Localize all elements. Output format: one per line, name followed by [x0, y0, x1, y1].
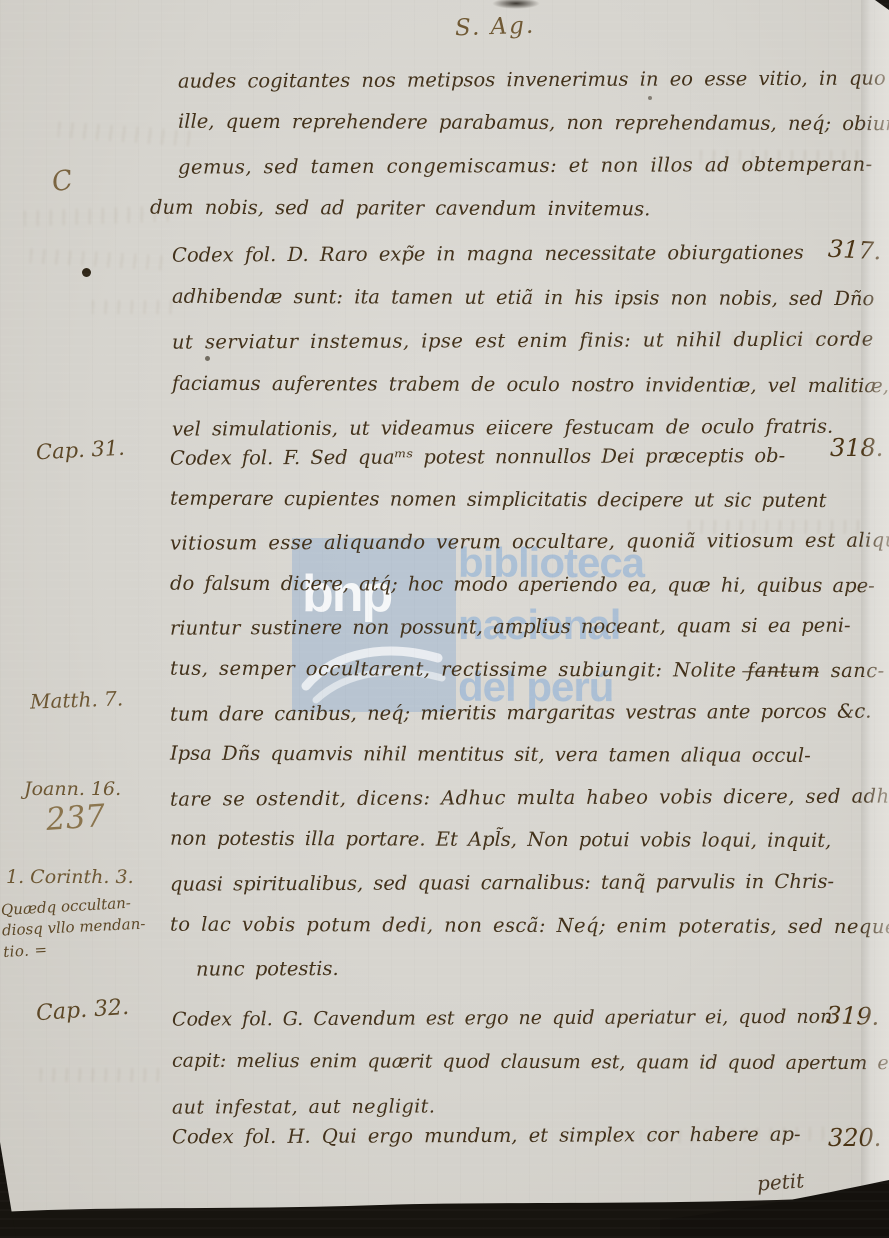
- paragraph-3-codex-fol-f: Codex fol. F. Sed quaᵐˢ potest nonnullos…: [170, 436, 889, 990]
- manuscript-line: Codex fol. D. Raro exp̃e in magna necess…: [172, 230, 889, 277]
- margin-c-mark: C: [49, 164, 75, 198]
- margin-note-matth-7: Matth. 7.: [30, 686, 124, 713]
- manuscript-line: Codex fol. H. Qui ergo mundum, et simple…: [172, 1123, 801, 1149]
- scan-bottom-shadow: [0, 1176, 889, 1238]
- bleedthrough-ghost: [92, 300, 176, 314]
- page-header: S. Ag.: [455, 13, 536, 42]
- scan-top-right-corner: [875, 0, 889, 10]
- manuscript-line: tum dare canibus, neq́; mieritis margari…: [170, 690, 889, 736]
- ink-blot: [648, 96, 652, 100]
- margin-note-cap-31: Cap. 31.: [35, 436, 125, 465]
- top-edge-smudge: [492, 0, 540, 9]
- manuscript-line: ille, quem reprehendere parabamus, non r…: [178, 100, 889, 146]
- folio-number-317: 317.: [827, 235, 882, 266]
- folio-number-319: 319.: [826, 1001, 880, 1031]
- manuscript-line: Codex fol. G. Cavendum est ergo ne quid …: [172, 994, 889, 1041]
- manuscript-line: quasi spiritualibus, sed quasi carnalibu…: [170, 860, 889, 906]
- manuscript-line: nunc potestis.: [196, 946, 889, 992]
- manuscript-line: gemus, sed tamen congemiscamus: et non i…: [178, 142, 889, 188]
- manuscript-line: ut serviatur instemus, ipse est enim fin…: [172, 317, 889, 364]
- manuscript-line: vitiosum esse aliquando verum occultare,…: [170, 520, 889, 566]
- paragraph-2-codex-fol-d: Codex fol. D. Raro exp̃e in magna necess…: [172, 232, 889, 450]
- paragraph-5-codex-fol-h: Codex fol. H. Qui ergo mundum, et simple…: [172, 1124, 801, 1147]
- manuscript-page: bnp biblioteca nacional del perú S. Ag. …: [0, 0, 889, 1238]
- manuscript-line: riuntur sustinere non possunt, amplius n…: [170, 605, 889, 651]
- margin-note-cap-32: Cap. 32.: [35, 995, 130, 1026]
- manuscript-line: tare se ostendit, dicens: Adhuc multa ha…: [170, 775, 889, 821]
- bleedthrough-ghost: [58, 121, 191, 146]
- paragraph-1: audes cogitantes nos metipsos invenerimu…: [178, 58, 889, 230]
- manuscript-line: adhibendæ sunt: ita tamen ut etiã in his…: [172, 274, 889, 320]
- paragraph-4-codex-fol-g: Codex fol. G. Cavendum est ergo ne quid …: [172, 996, 889, 1128]
- manuscript-line: faciamus auferentes trabem de oculo nost…: [172, 361, 889, 407]
- manuscript-line: Ipsa Dñs quamvis nihil mentitus sit, ver…: [170, 733, 889, 778]
- manuscript-line: audes cogitantes nos metipsos invenerimu…: [178, 56, 889, 102]
- manuscript-line: to lac vobis potum dedi, non escã: Neq́;…: [170, 903, 889, 948]
- margin-folio-mark-237: 237: [45, 798, 107, 838]
- folio-number-320: 320.: [828, 1124, 881, 1152]
- manuscript-line: tus, semper occultarent, rectissime subi…: [170, 648, 889, 693]
- margin-gloss-note: Quædq occultan-diosq vllo mendan-tio. =: [0, 892, 147, 962]
- manuscript-line: Codex fol. F. Sed quaᵐˢ potest nonnullos…: [170, 434, 889, 480]
- margin-note-1-corinth-3: 1. Corinth. 3.: [6, 866, 134, 888]
- manuscript-line: capit: melius enim quærit quod clausum e…: [172, 1039, 889, 1086]
- manuscript-line: non potestis illa portare. Et Apl̃s, Non…: [170, 818, 889, 863]
- manuscript-line: temperare cupientes nomen simplicitatis …: [170, 477, 889, 522]
- manuscript-line: dum nobis, sed ad pariter cavendum invit…: [150, 186, 889, 232]
- folio-number-318: 318.: [830, 434, 883, 462]
- margin-note-joann-16: Joann. 16.: [24, 778, 121, 800]
- bleedthrough-ghost: [40, 1068, 160, 1082]
- ink-blot: [82, 268, 91, 277]
- ink-blot: [205, 356, 210, 361]
- manuscript-line: do falsum dicere, atq́; hoc modo aperien…: [170, 562, 889, 607]
- bleedthrough-ghost: [30, 248, 171, 270]
